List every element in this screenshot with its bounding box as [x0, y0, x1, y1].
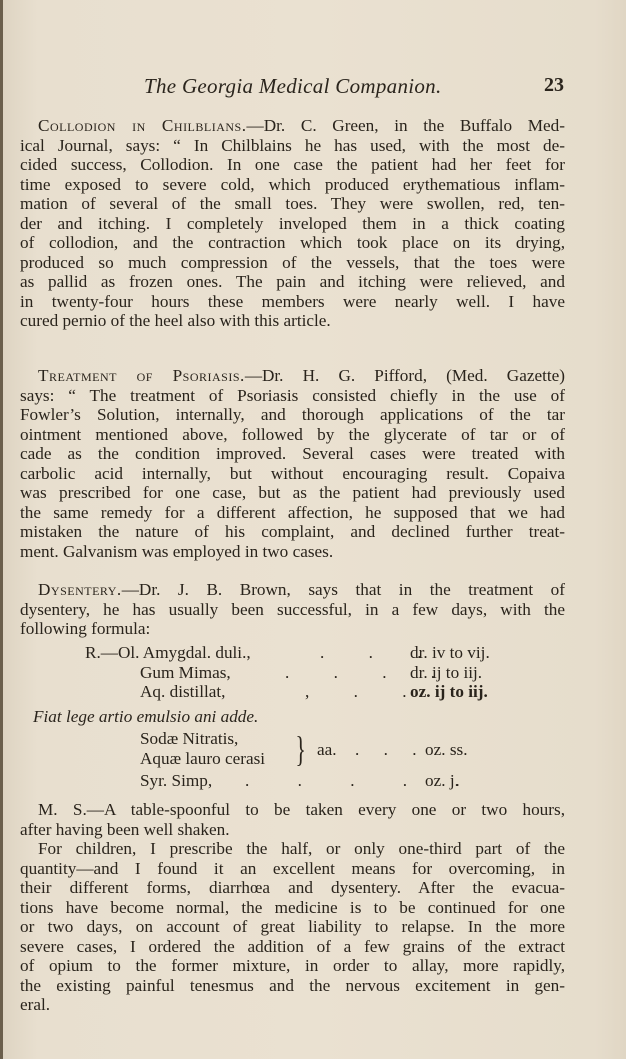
- text-line: M. S.—A table-spoonful to be taken every…: [20, 800, 565, 820]
- formula-ingredient: Aq. distillat,: [140, 682, 225, 702]
- text-line: Dysentery.—Dr. J. B. Brown, says that in…: [20, 580, 565, 600]
- prescription-formula: R.—Ol. Amygdal. duli., . . . dr. iv to v…: [20, 643, 580, 791]
- running-title: The Georgia Medical Companion.: [144, 74, 442, 99]
- page-binding-edge: [0, 0, 3, 1059]
- text-line: says: “ The treatment of Psoriasis consi…: [20, 386, 565, 406]
- text-line: ical Journal, says: “ In Chilblains he h…: [20, 136, 565, 156]
- text-line: Collodion in Chilblians.—Dr. C. Green, i…: [20, 116, 565, 136]
- text-line: For children, I prescribe the half, or o…: [20, 839, 565, 859]
- text-line: was prescribed for one case, but as the …: [20, 483, 565, 503]
- section-heading: Dysentery.: [38, 580, 122, 599]
- text-line: carbolic acid internally, but without en…: [20, 464, 565, 484]
- formula-dose: oz. j.: [425, 771, 459, 791]
- formula-dose: oz. ss.: [425, 740, 468, 760]
- text-line: mistaken the nature of his complaint, an…: [20, 522, 565, 542]
- text-line: Treatment of Psoriasis.—Dr. H. G. Piffor…: [20, 366, 565, 386]
- text-line: ointment mentioned above, followed by th…: [20, 425, 565, 445]
- text-line: quantity—and I found it an excellent mea…: [20, 859, 565, 879]
- text-line: the existing painful tenesmus and the ne…: [20, 976, 565, 996]
- text-line: in twenty-four hours these members were …: [20, 292, 565, 312]
- text-line: severe cases, I ordered the addition of …: [20, 937, 565, 957]
- text-line: of opium to the former mixture, in order…: [20, 956, 565, 976]
- formula-instruction: Fiat lege artio emulsio ani adde.: [20, 707, 580, 727]
- text-line: time exposed to severe cold, which produ…: [20, 175, 565, 195]
- text-line: the same remedy for a different affectio…: [20, 503, 565, 523]
- dysentery-directions: M. S.—A table-spoonful to be taken every…: [20, 800, 565, 1015]
- text-line: produced so much compression of the vess…: [20, 253, 565, 273]
- formula-row: R.—Ol. Amygdal. duli., . . . dr. iv to v…: [20, 643, 580, 663]
- text-line: tions have become normal, the medicine i…: [20, 898, 565, 918]
- grouping-brace: }: [295, 731, 305, 767]
- formula-ingredient: Syr. Simp,: [140, 771, 212, 791]
- page-number: 23: [544, 74, 564, 97]
- page-header: The Georgia Medical Companion. 23: [0, 74, 626, 102]
- formula-grouped-rows: Sodæ Nitratis, Aquæ lauro cerasi } aa. .…: [20, 729, 580, 771]
- formula-dose: oz. ij to iij.: [410, 682, 488, 702]
- formula-ingredient: Gum Mimas,: [140, 663, 231, 683]
- text-line: dysentery, he has usually been successfu…: [20, 600, 565, 620]
- section-heading: Collodion in Chilblians.: [38, 116, 247, 135]
- section-psoriasis: Treatment of Psoriasis.—Dr. H. G. Piffor…: [20, 366, 565, 561]
- formula-row: Gum Mimas, . . . . dr. ij to iij.: [20, 663, 580, 683]
- text-line: their different forms, diarrhœa and dyse…: [20, 878, 565, 898]
- text-line: der and itching. I completely inveloped …: [20, 214, 565, 234]
- text-line: following formula:: [20, 619, 565, 639]
- leader-dots: . . .: [355, 740, 426, 760]
- text-line: cured pernio of the heel also with this …: [20, 311, 565, 331]
- leader-dots: , . .: [305, 682, 426, 702]
- text-line: eral.: [20, 995, 565, 1015]
- text-line: of collodion, and the contraction which …: [20, 233, 565, 253]
- formula-aa: aa.: [317, 740, 337, 760]
- text-line: mation of several of the small toes. The…: [20, 194, 565, 214]
- formula-ingredient: R.—Ol. Amygdal. duli.,: [85, 643, 251, 663]
- text-line: as pallid as frozen ones. The pain and i…: [20, 272, 565, 292]
- text-line: after having been well shaken.: [20, 820, 565, 840]
- text-line: or two days, on account of great liabili…: [20, 917, 565, 937]
- section-heading: Treatment of Psoriasis.: [38, 366, 245, 385]
- section-collodion: Collodion in Chilblians.—Dr. C. Green, i…: [20, 116, 565, 331]
- text-line: ment. Galvanism was employed in two case…: [20, 542, 565, 562]
- formula-dose: dr. ij to iij.: [410, 663, 482, 683]
- formula-row: Aq. distillat, , . . oz. ij to iij.: [20, 682, 580, 702]
- text-line: Fowler’s Solution, internally, and thoro…: [20, 405, 565, 425]
- formula-ingredient: Sodæ Nitratis,: [140, 729, 238, 749]
- text-line: cade as the condition improved. Several …: [20, 444, 565, 464]
- formula-row: Syr. Simp, . . . . . oz. j.: [20, 771, 580, 791]
- text-line: cided success, Collodion. In one case th…: [20, 155, 565, 175]
- section-dysentery: Dysentery.—Dr. J. B. Brown, says that in…: [20, 580, 565, 639]
- formula-dose: dr. iv to vij.: [410, 643, 490, 663]
- formula-ingredient: Aquæ lauro cerasi: [140, 749, 265, 769]
